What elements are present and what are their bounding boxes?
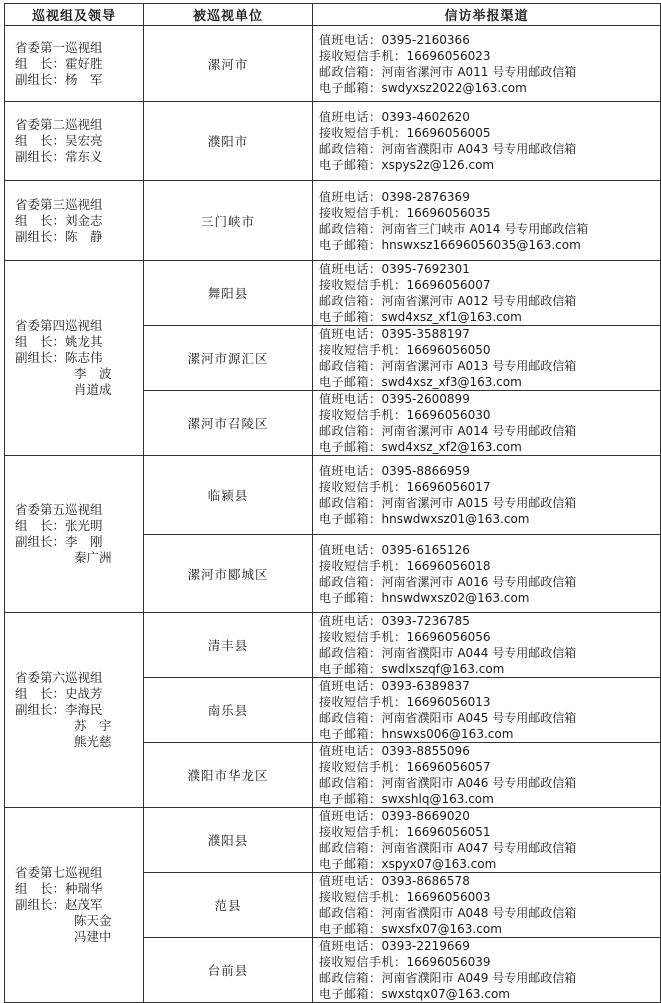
duty-phone-line: 值班电话：0395-6165126 <box>319 542 660 558</box>
group-leader: 组 长：姚龙其 <box>15 334 143 350</box>
inspected-unit: 漯河市郾城区 <box>144 535 313 613</box>
group-name: 省委第一巡视组 <box>15 40 143 56</box>
duty-phone-label: 值班电话： <box>319 744 382 758</box>
group-extra-deputy: 熊光慈 <box>15 734 143 750</box>
postal-box-line: 邮政信箱：河南省濮阳市 A048 号专用邮政信箱 <box>319 905 660 921</box>
duty-phone-value: 0395-2600899 <box>382 392 470 406</box>
duty-phone-label: 值班电话： <box>319 262 382 276</box>
sms-mobile-value: 16696056050 <box>407 343 491 357</box>
group-leader: 组 长：吴宏亮 <box>15 133 143 149</box>
report-channels-cell: 值班电话：0395-2160366接收短信手机：16696056023邮政信箱：… <box>313 26 661 102</box>
sms-mobile-value: 16696056023 <box>407 49 491 63</box>
sms-mobile-value: 16696056039 <box>407 955 491 969</box>
postal-box-value: 河南省濮阳市 A044 号专用邮政信箱 <box>382 646 577 660</box>
email-address-value[interactable]: swxshlq@163.com <box>382 792 494 806</box>
duty-phone-line: 值班电话：0393-7236785 <box>319 613 660 629</box>
header-report-channels: 信访举报渠道 <box>313 4 661 26</box>
sms-mobile-label: 接收短信手机： <box>319 559 407 573</box>
duty-phone-label: 值班电话： <box>319 939 382 953</box>
email-address-line: 电子邮箱：swd4xsz_xf2@163.com <box>319 439 660 455</box>
postal-box-label: 邮政信箱： <box>319 711 382 725</box>
duty-phone-value: 0395-6165126 <box>382 543 470 557</box>
report-channels-cell: 值班电话：0395-3588197接收短信手机：16696056050邮政信箱：… <box>313 326 661 391</box>
sms-mobile-line: 接收短信手机：16696056003 <box>319 889 660 905</box>
group-leader: 组 长：史战芳 <box>15 686 143 702</box>
sms-mobile-line: 接收短信手机：16696056023 <box>319 48 660 64</box>
postal-box-label: 邮政信箱： <box>319 496 382 510</box>
postal-box-value: 河南省濮阳市 A046 号专用邮政信箱 <box>382 776 577 790</box>
header-inspected-unit: 被巡视单位 <box>144 4 313 26</box>
sms-mobile-label: 接收短信手机： <box>319 278 407 292</box>
duty-phone-value: 0395-3588197 <box>382 327 470 341</box>
email-address-label: 电子邮箱： <box>319 727 382 741</box>
postal-box-value: 河南省濮阳市 A047 号专用邮政信箱 <box>382 841 577 855</box>
report-channels-cell: 值班电话：0393-8686578接收短信手机：16696056003邮政信箱：… <box>313 873 661 938</box>
group-extra-deputy: 肖道成 <box>15 382 143 398</box>
inspected-unit: 濮阳市华龙区 <box>144 743 313 808</box>
group-name: 省委第六巡视组 <box>15 670 143 686</box>
postal-box-line: 邮政信箱：河南省漯河市 A012 号专用邮政信箱 <box>319 293 660 309</box>
duty-phone-line: 值班电话：0393-8855096 <box>319 743 660 759</box>
email-address-line: 电子邮箱：xspyx07@163.com <box>319 856 660 872</box>
report-channels-cell: 值班电话：0395-8866959接收短信手机：16696056017邮政信箱：… <box>313 456 661 535</box>
group-leaders-cell: 省委第四巡视组组 长：姚龙其副组长：陈志伟李 波肖道成 <box>5 261 144 456</box>
sms-mobile-line: 接收短信手机：16696056030 <box>319 407 660 423</box>
group-leaders-cell: 省委第五巡视组组 长：张光明副组长：李 刚秦广洲 <box>5 456 144 613</box>
email-address-value[interactable]: hnswdwxsz02@163.com <box>382 591 530 605</box>
group-leaders-cell: 省委第七巡视组组 长：种瑞华副组长：赵茂军陈天金冯建中 <box>5 808 144 1003</box>
sms-mobile-label: 接收短信手机： <box>319 695 407 709</box>
table-row: 省委第七巡视组组 长：种瑞华副组长：赵茂军陈天金冯建中濮阳县值班电话：0393-… <box>5 808 661 873</box>
postal-box-label: 邮政信箱： <box>319 906 382 920</box>
postal-box-value: 河南省三门峡市 A014 号专用邮政信箱 <box>382 222 589 236</box>
postal-box-value: 河南省漯河市 A013 号专用邮政信箱 <box>382 359 577 373</box>
email-address-label: 电子邮箱： <box>319 512 382 526</box>
duty-phone-line: 值班电话：0393-4602620 <box>319 109 660 125</box>
group-name: 省委第七巡视组 <box>15 865 143 881</box>
sms-mobile-label: 接收短信手机： <box>319 408 407 422</box>
postal-box-value: 河南省濮阳市 A045 号专用邮政信箱 <box>382 711 577 725</box>
inspected-unit: 漯河市源汇区 <box>144 326 313 391</box>
report-channels-cell: 值班电话：0398-2876369接收短信手机：16696056035邮政信箱：… <box>313 181 661 261</box>
duty-phone-value: 0393-4602620 <box>382 110 470 124</box>
postal-box-label: 邮政信箱： <box>319 841 382 855</box>
email-address-value[interactable]: swd4xsz_xf1@163.com <box>382 310 522 324</box>
sms-mobile-value: 16696056057 <box>407 760 491 774</box>
duty-phone-value: 0398-2876369 <box>382 190 470 204</box>
group-leaders-cell: 省委第二巡视组组 长：吴宏亮副组长：常东义 <box>5 102 144 181</box>
group-name: 省委第二巡视组 <box>15 117 143 133</box>
postal-box-label: 邮政信箱： <box>319 776 382 790</box>
duty-phone-value: 0393-7236785 <box>382 614 470 628</box>
report-channels-cell: 值班电话：0393-7236785接收短信手机：16696056056邮政信箱：… <box>313 613 661 678</box>
postal-box-line: 邮政信箱：河南省濮阳市 A049 号专用邮政信箱 <box>319 970 660 986</box>
sms-mobile-label: 接收短信手机： <box>319 480 407 494</box>
email-address-label: 电子邮箱： <box>319 922 382 936</box>
email-address-value[interactable]: xspyx07@163.com <box>382 857 497 871</box>
inspected-unit: 范县 <box>144 873 313 938</box>
duty-phone-value: 0393-6389837 <box>382 679 470 693</box>
email-address-label: 电子邮箱： <box>319 987 382 1001</box>
postal-box-line: 邮政信箱：河南省漯河市 A013 号专用邮政信箱 <box>319 358 660 374</box>
duty-phone-line: 值班电话：0398-2876369 <box>319 189 660 205</box>
sms-mobile-line: 接收短信手机：16696056007 <box>319 277 660 293</box>
email-address-value[interactable]: swdyxsz2022@163.com <box>382 81 527 95</box>
postal-box-line: 邮政信箱：河南省漯河市 A016 号专用邮政信箱 <box>319 574 660 590</box>
sms-mobile-line: 接收短信手机：16696056056 <box>319 629 660 645</box>
table-body: 省委第一巡视组组 长：霍好胜副组长：杨 军漯河市值班电话：0395-216036… <box>5 26 661 1003</box>
inspected-unit: 台前县 <box>144 938 313 1003</box>
email-address-line: 电子邮箱：swdlxszqf@163.com <box>319 661 660 677</box>
email-address-line: 电子邮箱：swxstqx07@163.com <box>319 986 660 1002</box>
sms-mobile-label: 接收短信手机： <box>319 760 407 774</box>
postal-box-value: 河南省漯河市 A012 号专用邮政信箱 <box>382 294 577 308</box>
email-address-line: 电子邮箱：hnswxsz16696056035@163.com <box>319 237 660 253</box>
duty-phone-label: 值班电话： <box>319 543 382 557</box>
group-extra-deputy: 秦广洲 <box>15 550 143 566</box>
group-name: 省委第三巡视组 <box>15 197 143 213</box>
email-address-line: 电子邮箱：xspys2z@126.com <box>319 157 660 173</box>
postal-box-label: 邮政信箱： <box>319 294 382 308</box>
email-address-value[interactable]: swd4xsz_xf3@163.com <box>382 375 522 389</box>
table-row: 省委第四巡视组组 长：姚龙其副组长：陈志伟李 波肖道成舞阳县值班电话：0395-… <box>5 261 661 326</box>
sms-mobile-value: 16696056030 <box>407 408 491 422</box>
sms-mobile-line: 接收短信手机：16696056039 <box>319 954 660 970</box>
sms-mobile-value: 16696056018 <box>407 559 491 573</box>
duty-phone-value: 0395-8866959 <box>382 464 470 478</box>
inspected-unit: 临颍县 <box>144 456 313 535</box>
group-name: 省委第五巡视组 <box>15 502 143 518</box>
postal-box-line: 邮政信箱：河南省濮阳市 A046 号专用邮政信箱 <box>319 775 660 791</box>
sms-mobile-label: 接收短信手机： <box>319 630 407 644</box>
sms-mobile-value: 16696056003 <box>407 890 491 904</box>
duty-phone-label: 值班电话： <box>319 327 382 341</box>
group-leader: 组 长：种瑞华 <box>15 881 143 897</box>
duty-phone-line: 值班电话：0395-7692301 <box>319 261 660 277</box>
report-channels-cell: 值班电话：0395-7692301接收短信手机：16696056007邮政信箱：… <box>313 261 661 326</box>
group-deputy: 副组长：陈志伟 <box>15 350 143 366</box>
group-deputy: 副组长：陈 静 <box>15 229 143 245</box>
header-group-leaders: 巡视组及领导 <box>5 4 144 26</box>
email-address-line: 电子邮箱：hnswxs006@163.com <box>319 726 660 742</box>
email-address-value[interactable]: hnswdwxsz01@163.com <box>382 512 530 526</box>
postal-box-label: 邮政信箱： <box>319 222 382 236</box>
duty-phone-label: 值班电话： <box>319 809 382 823</box>
sms-mobile-label: 接收短信手机： <box>319 49 407 63</box>
inspected-unit: 濮阳县 <box>144 808 313 873</box>
postal-box-line: 邮政信箱：河南省濮阳市 A043 号专用邮政信箱 <box>319 141 660 157</box>
sms-mobile-value: 16696056035 <box>407 206 491 220</box>
email-address-line: 电子邮箱：swxsfx07@163.com <box>319 921 660 937</box>
email-address-line: 电子邮箱：swd4xsz_xf1@163.com <box>319 309 660 325</box>
inspected-unit: 漯河市 <box>144 26 313 102</box>
group-leaders-cell: 省委第六巡视组组 长：史战芳副组长：李海民苏 宇熊光慈 <box>5 613 144 808</box>
report-channels-cell: 值班电话：0393-6389837接收短信手机：16696056013邮政信箱：… <box>313 678 661 743</box>
group-leader: 组 长：霍好胜 <box>15 56 143 72</box>
postal-box-label: 邮政信箱： <box>319 646 382 660</box>
sms-mobile-label: 接收短信手机： <box>319 126 407 140</box>
sms-mobile-line: 接收短信手机：16696056035 <box>319 205 660 221</box>
sms-mobile-line: 接收短信手机：16696056005 <box>319 125 660 141</box>
postal-box-label: 邮政信箱： <box>319 424 382 438</box>
group-extra-deputy: 苏 宇 <box>15 718 143 734</box>
duty-phone-value: 0393-8855096 <box>382 744 470 758</box>
postal-box-label: 邮政信箱： <box>319 575 382 589</box>
email-address-label: 电子邮箱： <box>319 662 382 676</box>
group-extra-deputy: 陈天金 <box>15 913 143 929</box>
email-address-label: 电子邮箱： <box>319 591 382 605</box>
report-channels-cell: 值班电话：0395-6165126接收短信手机：16696056018邮政信箱：… <box>313 535 661 613</box>
sms-mobile-line: 接收短信手机：16696056018 <box>319 558 660 574</box>
inspected-unit: 漯河市召陵区 <box>144 391 313 456</box>
table-row: 省委第五巡视组组 长：张光明副组长：李 刚秦广洲临颍县值班电话：0395-886… <box>5 456 661 535</box>
duty-phone-line: 值班电话：0395-3588197 <box>319 326 660 342</box>
postal-box-value: 河南省濮阳市 A043 号专用邮政信箱 <box>382 142 577 156</box>
email-address-label: 电子邮箱： <box>319 375 382 389</box>
postal-box-line: 邮政信箱：河南省漯河市 A011 号专用邮政信箱 <box>319 64 660 80</box>
report-channels-cell: 值班电话：0395-2600899接收短信手机：16696056030邮政信箱：… <box>313 391 661 456</box>
email-address-label: 电子邮箱： <box>319 440 382 454</box>
sms-mobile-line: 接收短信手机：16696056017 <box>319 479 660 495</box>
duty-phone-line: 值班电话：0393-8686578 <box>319 873 660 889</box>
email-address-label: 电子邮箱： <box>319 81 382 95</box>
email-address-line: 电子邮箱：hnswdwxsz01@163.com <box>319 511 660 527</box>
group-extra-deputy: 李 波 <box>15 366 143 382</box>
email-address-value[interactable]: swdlxszqf@163.com <box>382 662 505 676</box>
email-address-label: 电子邮箱： <box>319 238 382 252</box>
postal-box-value: 河南省濮阳市 A048 号专用邮政信箱 <box>382 906 577 920</box>
table-row: 省委第三巡视组组 长：刘金志副组长：陈 静三门峡市值班电话：0398-28763… <box>5 181 661 261</box>
postal-box-value: 河南省濮阳市 A049 号专用邮政信箱 <box>382 971 577 985</box>
postal-box-line: 邮政信箱：河南省濮阳市 A047 号专用邮政信箱 <box>319 840 660 856</box>
group-extra-deputy: 冯建中 <box>15 929 143 945</box>
group-deputy: 副组长：常东义 <box>15 149 143 165</box>
email-address-value[interactable]: swxsfx07@163.com <box>382 922 502 936</box>
duty-phone-line: 值班电话：0393-6389837 <box>319 678 660 694</box>
sms-mobile-value: 16696056056 <box>407 630 491 644</box>
group-leader: 组 长：刘金志 <box>15 213 143 229</box>
email-address-line: 电子邮箱：swd4xsz_xf3@163.com <box>319 374 660 390</box>
postal-box-value: 河南省漯河市 A015 号专用邮政信箱 <box>382 496 577 510</box>
duty-phone-label: 值班电话： <box>319 464 382 478</box>
email-address-value[interactable]: hnswxsz16696056035@163.com <box>382 238 581 252</box>
postal-box-label: 邮政信箱： <box>319 65 382 79</box>
email-address-value[interactable]: xspys2z@126.com <box>382 158 495 172</box>
sms-mobile-label: 接收短信手机： <box>319 206 407 220</box>
duty-phone-label: 值班电话： <box>319 392 382 406</box>
duty-phone-label: 值班电话： <box>319 190 382 204</box>
email-address-label: 电子邮箱： <box>319 158 382 172</box>
report-channels-cell: 值班电话：0393-2219669接收短信手机：16696056039邮政信箱：… <box>313 938 661 1003</box>
duty-phone-label: 值班电话： <box>319 614 382 628</box>
duty-phone-line: 值班电话：0395-2160366 <box>319 32 660 48</box>
group-deputy: 副组长：赵茂军 <box>15 897 143 913</box>
duty-phone-value: 0393-2219669 <box>382 939 470 953</box>
postal-box-value: 河南省漯河市 A011 号专用邮政信箱 <box>382 65 577 79</box>
sms-mobile-value: 16696056013 <box>407 695 491 709</box>
sms-mobile-label: 接收短信手机： <box>319 955 407 969</box>
postal-box-label: 邮政信箱： <box>319 142 382 156</box>
duty-phone-value: 0395-7692301 <box>382 262 470 276</box>
sms-mobile-line: 接收短信手机：16696056050 <box>319 342 660 358</box>
inspected-unit: 南乐县 <box>144 678 313 743</box>
report-channels-cell: 值班电话：0393-4602620接收短信手机：16696056005邮政信箱：… <box>313 102 661 181</box>
email-address-value[interactable]: swd4xsz_xf2@163.com <box>382 440 522 454</box>
sms-mobile-value: 16696056005 <box>407 126 491 140</box>
sms-mobile-value: 16696056007 <box>407 278 491 292</box>
group-deputy: 副组长：李海民 <box>15 702 143 718</box>
duty-phone-line: 值班电话：0393-2219669 <box>319 938 660 954</box>
group-leaders-cell: 省委第一巡视组组 长：霍好胜副组长：杨 军 <box>5 26 144 102</box>
group-leaders-cell: 省委第三巡视组组 长：刘金志副组长：陈 静 <box>5 181 144 261</box>
sms-mobile-label: 接收短信手机： <box>319 890 407 904</box>
report-channels-cell: 值班电话：0393-8855096接收短信手机：16696056057邮政信箱：… <box>313 743 661 808</box>
email-address-label: 电子邮箱： <box>319 310 382 324</box>
duty-phone-value: 0393-8686578 <box>382 874 470 888</box>
postal-box-label: 邮政信箱： <box>319 971 382 985</box>
sms-mobile-line: 接收短信手机：16696056051 <box>319 824 660 840</box>
email-address-label: 电子邮箱： <box>319 857 382 871</box>
table-row: 省委第六巡视组组 长：史战芳副组长：李海民苏 宇熊光慈清丰县值班电话：0393-… <box>5 613 661 678</box>
duty-phone-label: 值班电话： <box>319 679 382 693</box>
postal-box-line: 邮政信箱：河南省漯河市 A015 号专用邮政信箱 <box>319 495 660 511</box>
duty-phone-label: 值班电话： <box>319 110 382 124</box>
duty-phone-value: 0393-8669020 <box>382 809 470 823</box>
inspected-unit: 三门峡市 <box>144 181 313 261</box>
group-name: 省委第四巡视组 <box>15 318 143 334</box>
sms-mobile-label: 接收短信手机： <box>319 825 407 839</box>
duty-phone-label: 值班电话： <box>319 33 382 47</box>
inspected-unit: 舞阳县 <box>144 261 313 326</box>
duty-phone-line: 值班电话：0393-8669020 <box>319 808 660 824</box>
group-deputy: 副组长：杨 军 <box>15 72 143 88</box>
table-row: 省委第一巡视组组 长：霍好胜副组长：杨 军漯河市值班电话：0395-216036… <box>5 26 661 102</box>
postal-box-value: 河南省漯河市 A016 号专用邮政信箱 <box>382 575 577 589</box>
report-channels-cell: 值班电话：0393-8669020接收短信手机：16696056051邮政信箱：… <box>313 808 661 873</box>
email-address-line: 电子邮箱：swxshlq@163.com <box>319 791 660 807</box>
email-address-value[interactable]: swxstqx07@163.com <box>382 987 510 1001</box>
postal-box-line: 邮政信箱：河南省漯河市 A014 号专用邮政信箱 <box>319 423 660 439</box>
header-row: 巡视组及领导 被巡视单位 信访举报渠道 <box>5 4 661 26</box>
email-address-label: 电子邮箱： <box>319 792 382 806</box>
duty-phone-label: 值班电话： <box>319 874 382 888</box>
inspection-contact-table: 巡视组及领导 被巡视单位 信访举报渠道 省委第一巡视组组 长：霍好胜副组长：杨 … <box>4 3 661 1003</box>
duty-phone-value: 0395-2160366 <box>382 33 470 47</box>
postal-box-value: 河南省漯河市 A014 号专用邮政信箱 <box>382 424 577 438</box>
postal-box-label: 邮政信箱： <box>319 359 382 373</box>
group-leader: 组 长：张光明 <box>15 518 143 534</box>
inspected-unit: 濮阳市 <box>144 102 313 181</box>
email-address-line: 电子邮箱：hnswdwxsz02@163.com <box>319 590 660 606</box>
email-address-value[interactable]: hnswxs006@163.com <box>382 727 514 741</box>
sms-mobile-value: 16696056051 <box>407 825 491 839</box>
inspected-unit: 清丰县 <box>144 613 313 678</box>
sms-mobile-line: 接收短信手机：16696056057 <box>319 759 660 775</box>
postal-box-line: 邮政信箱：河南省濮阳市 A044 号专用邮政信箱 <box>319 645 660 661</box>
postal-box-line: 邮政信箱：河南省濮阳市 A045 号专用邮政信箱 <box>319 710 660 726</box>
duty-phone-line: 值班电话：0395-8866959 <box>319 463 660 479</box>
sms-mobile-value: 16696056017 <box>407 480 491 494</box>
group-deputy: 副组长：李 刚 <box>15 534 143 550</box>
duty-phone-line: 值班电话：0395-2600899 <box>319 391 660 407</box>
email-address-line: 电子邮箱：swdyxsz2022@163.com <box>319 80 660 96</box>
postal-box-line: 邮政信箱：河南省三门峡市 A014 号专用邮政信箱 <box>319 221 660 237</box>
sms-mobile-line: 接收短信手机：16696056013 <box>319 694 660 710</box>
sms-mobile-label: 接收短信手机： <box>319 343 407 357</box>
table-row: 省委第二巡视组组 长：吴宏亮副组长：常东义濮阳市值班电话：0393-460262… <box>5 102 661 181</box>
